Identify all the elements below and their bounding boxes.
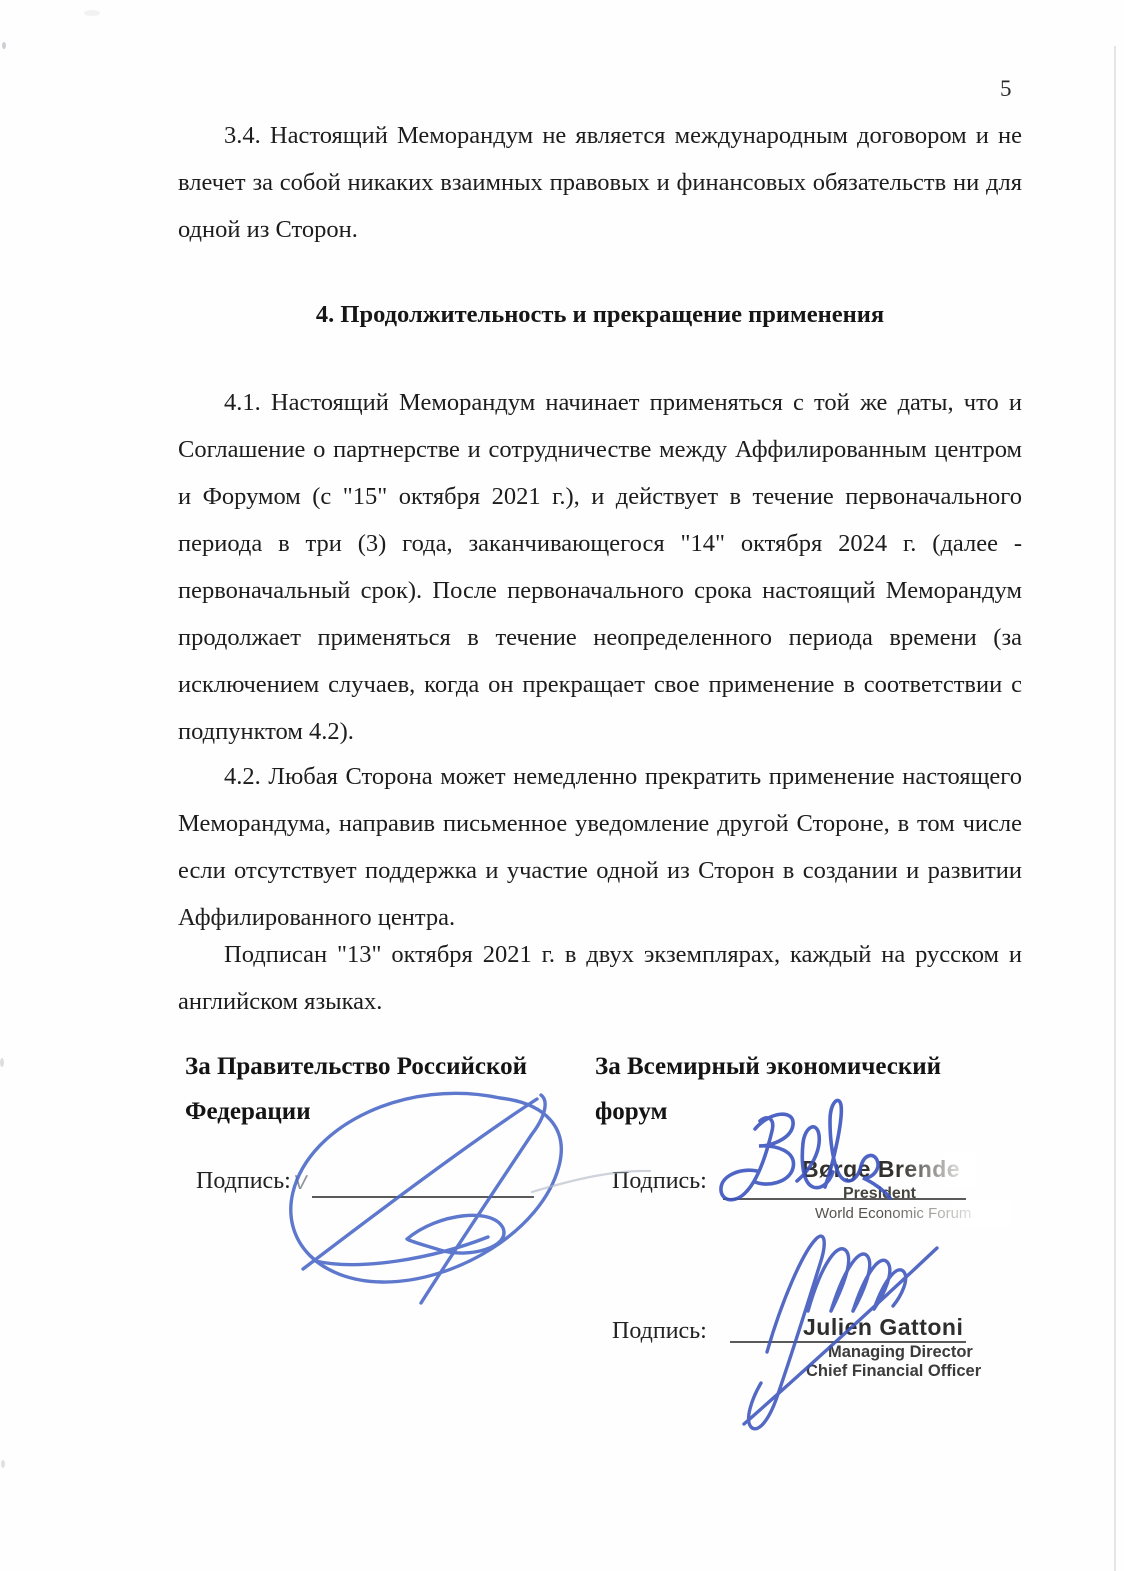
paragraph-3-4: 3.4. Настоящий Меморандум не является ме…	[178, 112, 1022, 253]
signature-label-brende: Подпись:	[612, 1168, 707, 1195]
printed-title-managing-director: Managing Director	[828, 1343, 973, 1362]
printed-title-chief-financial-officer: Chief Financial Officer	[806, 1362, 981, 1381]
scan-speck	[2, 42, 6, 49]
page-number: 5	[1000, 76, 1012, 102]
printed-name-gattoni: Julien Gattoni	[803, 1314, 963, 1341]
signature-label-gattoni: Подпись:	[612, 1318, 707, 1345]
paragraph-signed: Подписан "13" октября 2021 г. в двух экз…	[178, 931, 1022, 1025]
signature-line-left	[312, 1196, 534, 1198]
signature-label-left: Подпись:	[196, 1168, 291, 1195]
paragraph-4-1: 4.1. Настоящий Меморандум начинает приме…	[178, 379, 1022, 755]
scan-speck	[1, 1460, 5, 1468]
section-heading: 4. Продолжительность и прекращение приме…	[178, 291, 1022, 338]
pen-mark-v: V	[293, 1172, 309, 1195]
paragraph-4-2: 4.2. Любая Сторона может немедленно прек…	[178, 753, 1022, 941]
printed-name-brende: Børge Brende	[802, 1156, 960, 1183]
printed-title-president: President	[843, 1185, 916, 1203]
left-signatory-heading: За Правительство Российской Федерации	[185, 1044, 565, 1134]
scan-speck	[0, 1058, 4, 1067]
scanned-document-page: 5 3.4. Настоящий Меморандум не является …	[0, 0, 1124, 1571]
printed-org-world-economic-forum: World Economic Forum	[815, 1205, 971, 1222]
scan-edge-artifact	[1114, 46, 1116, 1571]
right-signatory-heading: За Всемирный экономический форум	[595, 1044, 975, 1134]
scan-speck	[84, 10, 100, 16]
